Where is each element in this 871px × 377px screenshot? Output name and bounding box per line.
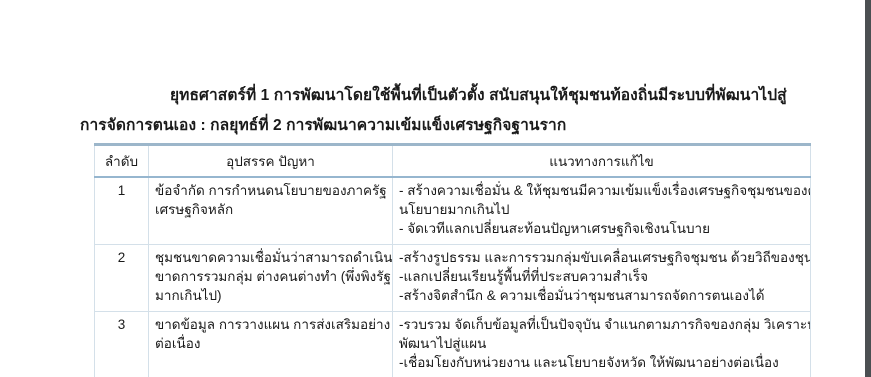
text-line: -เชื่อมโยงกับหน่วยงาน และนโยบายจังหวัด ใ…	[399, 353, 804, 372]
text-line: ชุมชนขาดความเชื่อมั่นว่าสามารถดำเนินการไ…	[155, 248, 386, 267]
row-number-cell: 2	[95, 245, 149, 312]
table-row: 1 ข้อจำกัด การกำหนดนโยบายของภาครัฐ เศรษฐ…	[95, 177, 811, 245]
title-line-2: การจัดการตนเอง : กลยุทธ์ที่ 2 การพัฒนาคว…	[80, 112, 566, 137]
issues-solutions-table: ลำดับ อุปสรรค ปัญหา แนวทางการแก้ไข 1 ข้อ…	[94, 143, 811, 377]
header-order: ลำดับ	[95, 145, 149, 178]
header-problems: อุปสรรค ปัญหา	[149, 145, 393, 178]
text-line: เศรษฐกิจหลัก	[155, 200, 386, 219]
solution-cell: - สร้างความเชื่อมั่น & ให้ชุมชนมีความเข้…	[393, 177, 811, 245]
row-number-cell: 3	[95, 312, 149, 377]
problem-cell: ข้อจำกัด การกำหนดนโยบายของภาครัฐ เศรษฐกิ…	[149, 177, 393, 245]
text-line: - จัดเวทีแลกเปลี่ยนสะท้อนปัญหาเศรษฐกิจเช…	[399, 219, 804, 238]
problem-cell: ชุมชนขาดความเชื่อมั่นว่าสามารถดำเนินการไ…	[149, 245, 393, 312]
text-line: -สร้างจิตสำนึก & ความเชื่อมั่นว่าชุมชนสา…	[399, 286, 804, 305]
header-solutions: แนวทางการแก้ไข	[393, 145, 811, 178]
problem-cell: ขาดข้อมูล การวางแผน การส่งเสริมอย่าง ต่อ…	[149, 312, 393, 377]
text-line: - สร้างความเชื่อมั่น & ให้ชุมชนมีความเข้…	[399, 181, 804, 200]
text-line: -รวบรวม จัดเก็บข้อมูลที่เป็นปัจจุบัน จำแ…	[399, 315, 804, 334]
text-line: -สร้างรูปธรรม และการรวมกลุ่มขับเคลื่อนเศ…	[399, 248, 804, 267]
table-header-row: ลำดับ อุปสรรค ปัญหา แนวทางการแก้ไข	[95, 145, 811, 178]
text-line: ขาดข้อมูล การวางแผน การส่งเสริมอย่าง	[155, 315, 386, 334]
solution-cell: -สร้างรูปธรรม และการรวมกลุ่มขับเคลื่อนเศ…	[393, 245, 811, 312]
text-line: นโยบายมากเกินไป	[399, 200, 804, 219]
row-number-cell: 1	[95, 177, 149, 245]
text-line: ขาดการรวมกลุ่ม ต่างคนต่างทำ (พึ่งพิงรัฐ	[155, 267, 386, 286]
table-row: 3 ขาดข้อมูล การวางแผน การส่งเสริมอย่าง ต…	[95, 312, 811, 377]
text-line: มากเกินไป)	[155, 286, 386, 305]
table-row: 2 ชุมชนขาดความเชื่อมั่นว่าสามารถดำเนินกา…	[95, 245, 811, 312]
text-line: ต่อเนื่อง	[155, 334, 386, 353]
window-right-edge	[865, 0, 871, 377]
text-line: พัฒนาไปสู่แผน	[399, 334, 804, 353]
solution-cell: -รวบรวม จัดเก็บข้อมูลที่เป็นปัจจุบัน จำแ…	[393, 312, 811, 377]
text-line: -แลกเปลี่ยนเรียนรู้พื้นที่ที่ประสบความสำ…	[399, 267, 804, 286]
text-line: ข้อจำกัด การกำหนดนโยบายของภาครัฐ	[155, 181, 386, 200]
title-line-1: ยุทธศาสตร์ที่ 1 การพัฒนาโดยใช้พื้นที่เป็…	[170, 82, 787, 107]
